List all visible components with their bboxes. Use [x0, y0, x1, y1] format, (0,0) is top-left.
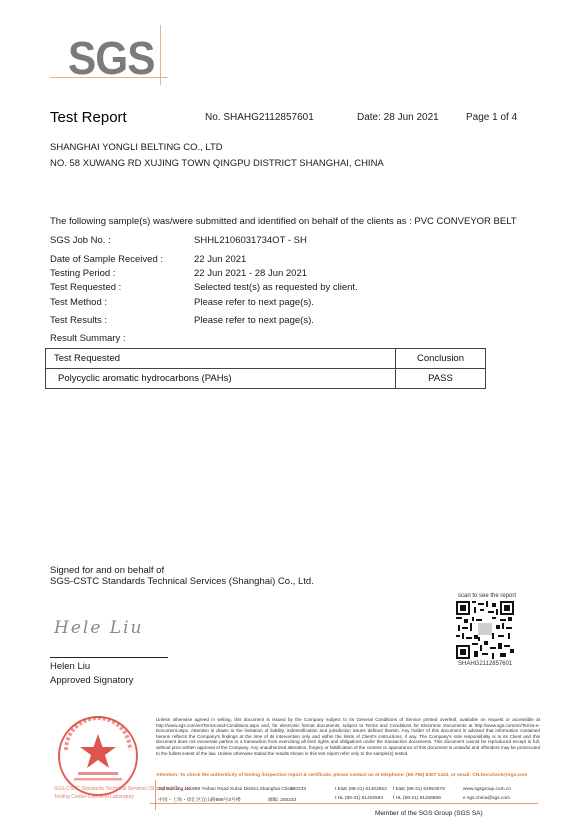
field-label-test-results: Test Results :	[50, 315, 107, 326]
cell-conclusion: PASS	[396, 369, 486, 389]
page-indicator: Page 1 of 4	[466, 112, 517, 123]
report-number: No. SHAHG2112857601	[205, 112, 314, 123]
postcode-cn: 邮编: 200233	[268, 796, 296, 803]
field-label-test-requested: Test Requested :	[50, 282, 121, 293]
field-label-test-method: Test Method :	[50, 297, 107, 308]
fax-ee: f E&E (86-21) 64953679	[393, 787, 445, 792]
field-label-job-no: SGS Job No. :	[50, 235, 111, 246]
address-en: 3rd Building,No.889 Yishan Road Xuhui Di…	[158, 787, 294, 792]
fax-hl: f HL (86-21) 61156899	[393, 796, 441, 801]
email-link[interactable]: e sgs.china@sgs.com	[463, 796, 510, 801]
field-value-test-results: Please refer to next page(s).	[194, 315, 314, 326]
field-label-date-received: Date of Sample Received :	[50, 254, 163, 265]
footer-accent-line-vertical	[155, 780, 156, 810]
phone-hl: t HL (86-21) 61402594	[335, 796, 383, 801]
sample-statement: The following sample(s) was/were submitt…	[50, 216, 517, 227]
column-header-conclusion: Conclusion	[396, 349, 486, 369]
cell-test-name: Polycyclic aromatic hydrocarbons (PAHs)	[46, 369, 396, 389]
field-value-test-method: Please refer to next page(s).	[194, 297, 314, 308]
column-header-test-requested: Test Requested	[46, 349, 396, 369]
handwritten-signature: Hele Liu	[54, 618, 143, 638]
sgs-logo: SGS	[50, 25, 168, 83]
field-value-job-no: SHHL2106031734OT - SH	[194, 235, 307, 246]
client-name: SHANGHAI YONGLI BELTING CO., LTD	[50, 142, 223, 153]
sgs-group-membership: Member of the SGS Group (SGS SA)	[375, 810, 483, 817]
signed-on-behalf-label: Signed for and on behalf of	[50, 565, 164, 576]
table-row: Polycyclic aromatic hydrocarbons (PAHs) …	[46, 369, 486, 389]
qr-caption-top: scan to see the report	[458, 593, 516, 599]
report-date: Date: 28 Jun 2021	[357, 112, 439, 123]
field-value-testing-period: 22 Jun 2021 - 28 Jun 2021	[194, 268, 307, 279]
field-value-test-requested: Selected test(s) as requested by client.	[194, 282, 358, 293]
field-value-date-received: 22 Jun 2021	[194, 254, 246, 265]
logo-accent-line-vertical	[160, 25, 161, 85]
qr-code-icon[interactable]	[456, 601, 514, 659]
address-cn: 中国・上海・徐汇区宜山路889号3号楼	[158, 796, 241, 803]
signatory-name: Helen Liu	[50, 661, 90, 672]
phone-ee: t E&E (86-21) 61402553	[335, 787, 387, 792]
logo-accent-line	[50, 77, 168, 78]
legal-disclaimer: Unless otherwise agreed in writing, this…	[156, 717, 540, 756]
qr-caption-bottom: SHAHG2112857601	[458, 661, 512, 667]
client-address: NO. 58 XUWANG RD XUJING TOWN QINGPU DIST…	[50, 158, 384, 169]
authenticity-attention-notice: Attention: To check the authenticity of …	[156, 773, 540, 779]
footer-divider	[150, 803, 538, 804]
result-summary-table: Test Requested Conclusion Polycyclic aro…	[45, 348, 486, 389]
field-label-testing-period: Testing Period :	[50, 268, 115, 279]
stamp-caption-lab: Testing Center-Chemical Laboratory	[54, 794, 134, 800]
table-header-row: Test Requested Conclusion	[46, 349, 486, 369]
website-link[interactable]: www.sgsgroup.com.cn	[463, 787, 511, 792]
signature-line	[50, 657, 168, 658]
signatory-role: Approved Signatory	[50, 675, 133, 686]
report-title: Test Report	[50, 109, 127, 126]
signing-company: SGS-CSTC Standards Technical Services (S…	[50, 576, 314, 587]
postcode-en: 200233	[290, 787, 306, 792]
result-summary-label: Result Summary :	[50, 333, 126, 344]
